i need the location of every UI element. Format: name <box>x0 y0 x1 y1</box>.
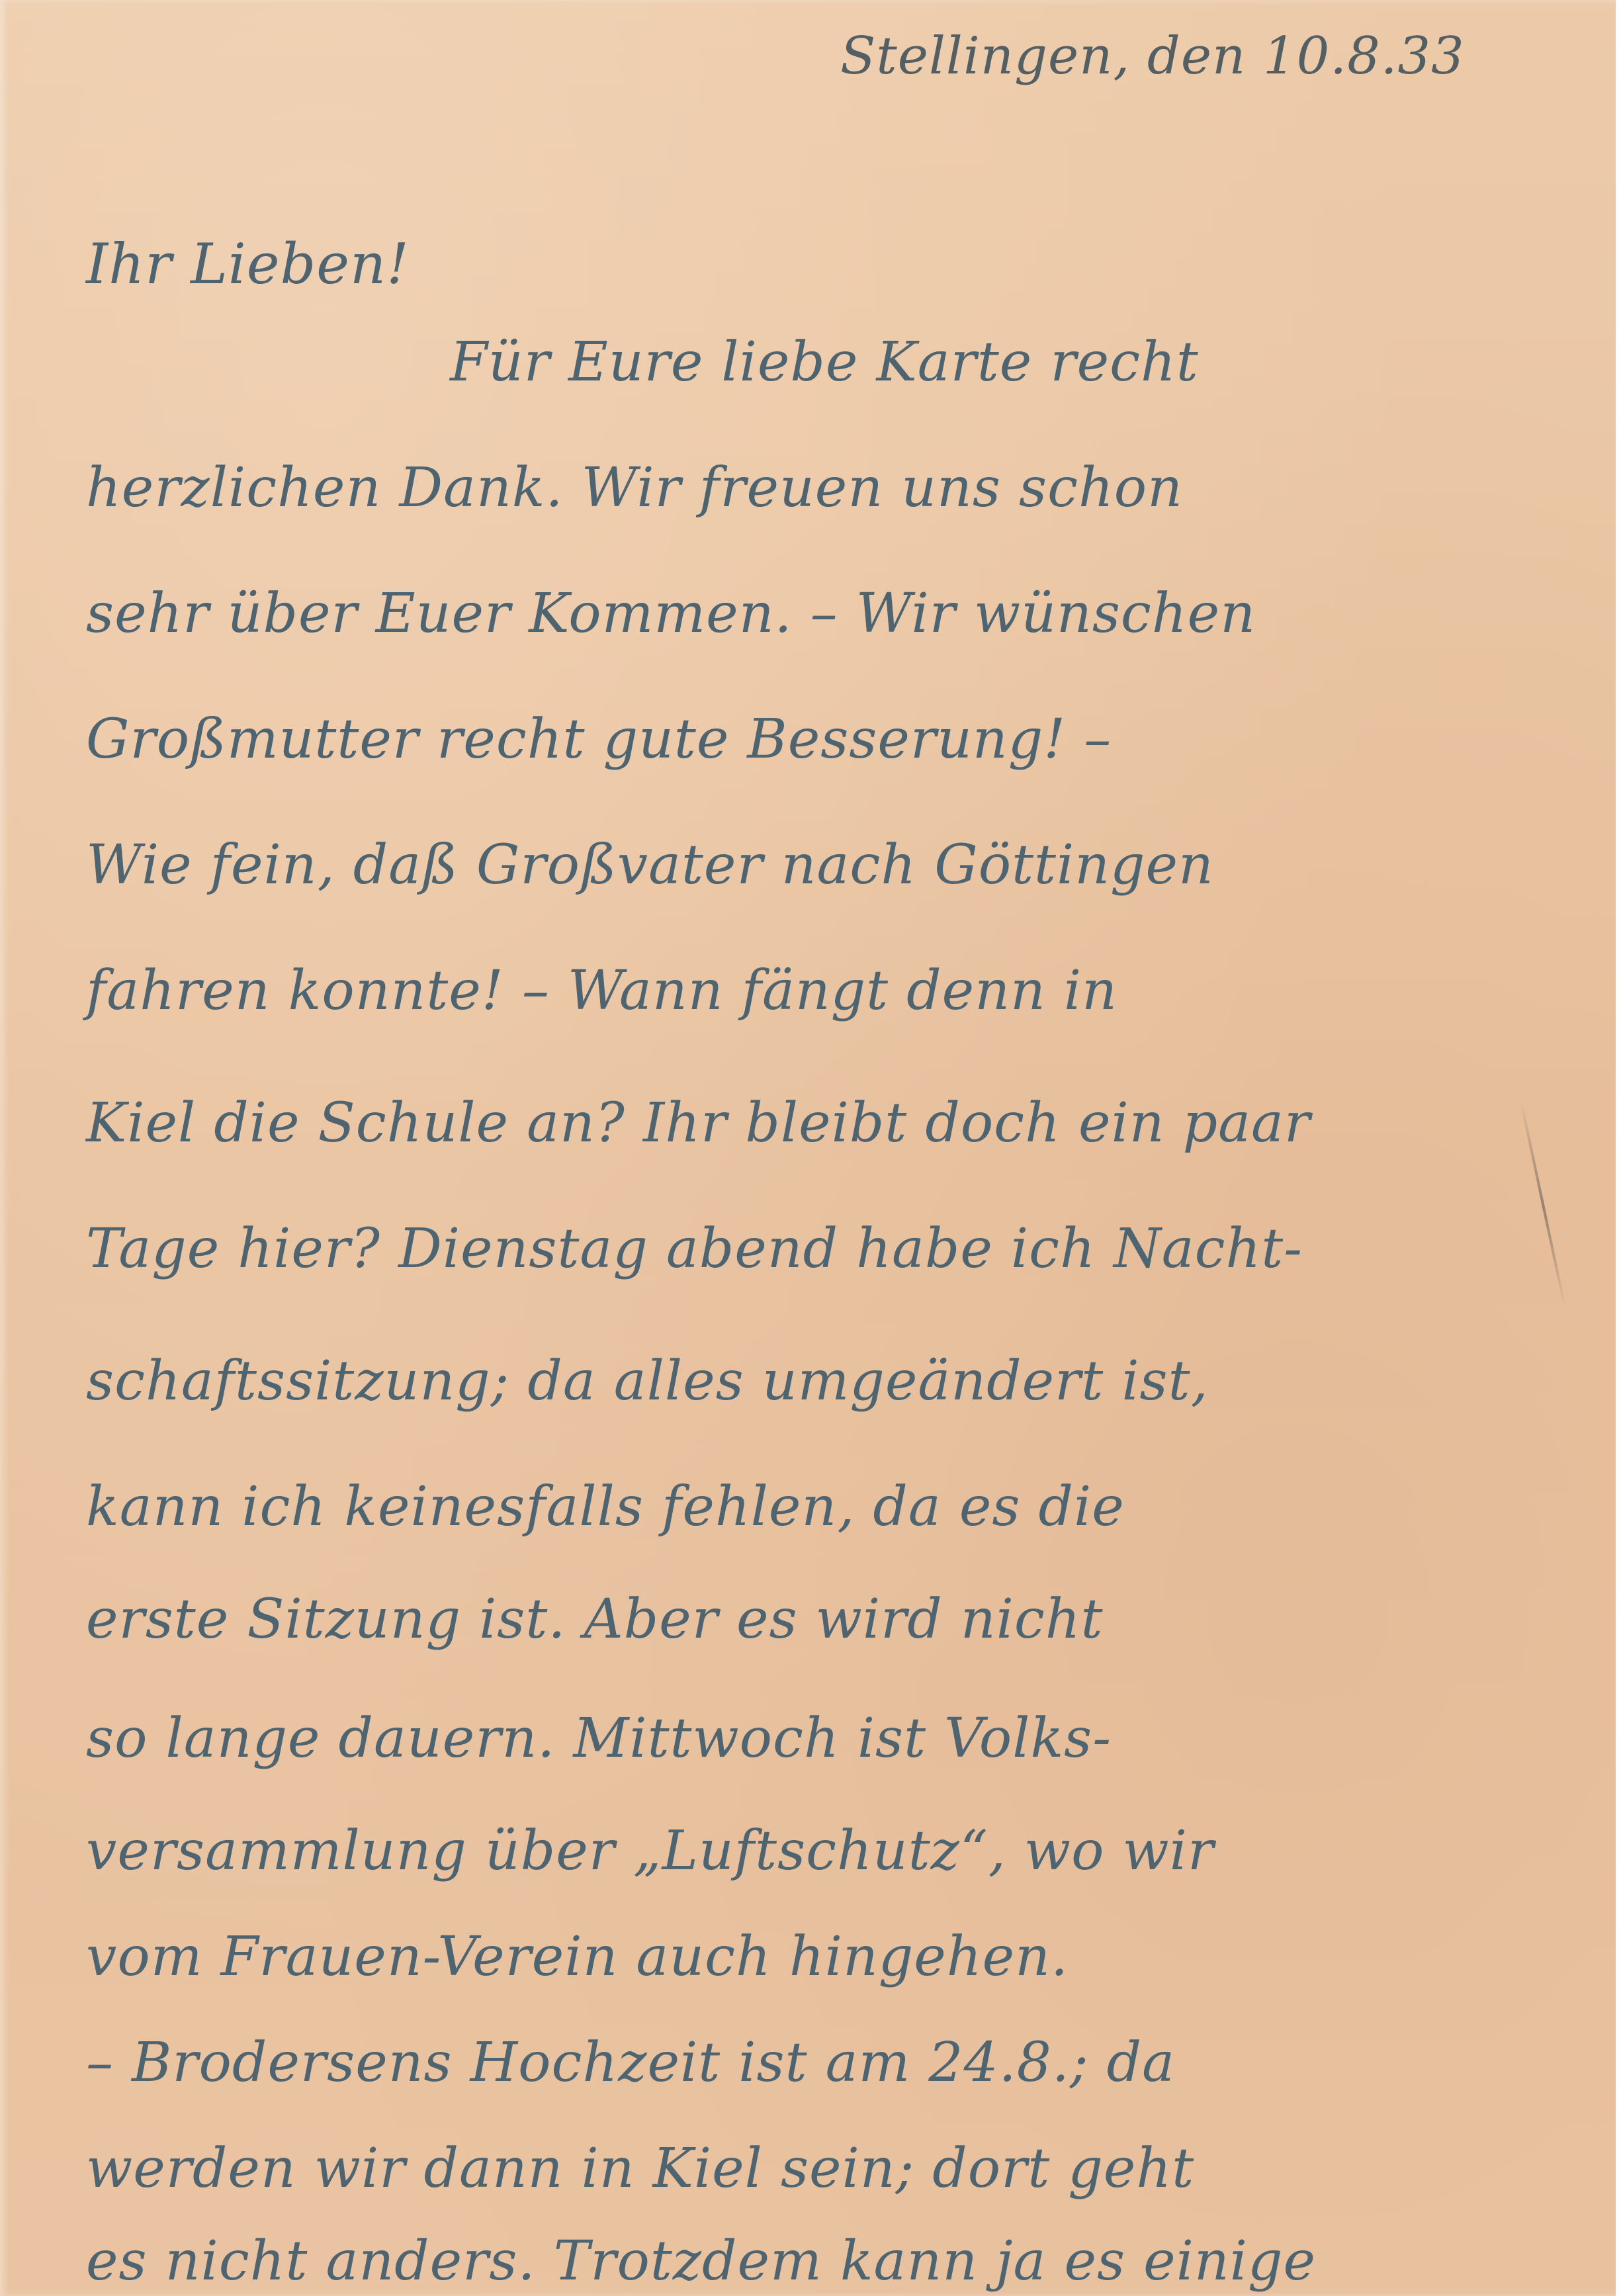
letter-line: Für Eure liebe Karte recht <box>450 331 1199 394</box>
letter-line: Kiel die Schule an? Ihr bleibt doch ein … <box>86 1092 1311 1155</box>
letter-line: vom Frauen-Verein auch hingehen. <box>86 1925 1069 1988</box>
letter-line: fahren konnte! – Wann fängt denn in <box>86 959 1117 1022</box>
ink-smudge <box>1520 1100 1566 1308</box>
scan-edge <box>1616 0 1621 2296</box>
letter-line: erste Sitzung ist. Aber es wird nicht <box>86 1588 1104 1651</box>
letter-line: herzlichen Dank. Wir freuen uns schon <box>86 457 1183 519</box>
letter-line: schaftssitzung; da alles umgeändert ist, <box>86 1350 1209 1413</box>
letter-line: Großmutter recht gute Besserung! – <box>86 708 1112 771</box>
salutation: Ihr Lieben! <box>86 232 410 296</box>
letter-page: Stellingen, den 10.8.33 Ihr Lieben! Für … <box>0 0 1621 2296</box>
letter-line: versammlung über „Luftschutz“, wo wir <box>86 1820 1214 1882</box>
letter-line: so lange dauern. Mittwoch ist Volks- <box>86 1707 1112 1770</box>
letter-line: Tage hier? Dienstag abend habe ich Nacht… <box>86 1217 1303 1280</box>
letter-line: sehr über Euer Kommen. – Wir wünschen <box>86 582 1256 645</box>
letter-line: Wie fein, daß Großvater nach Göttingen <box>86 834 1214 897</box>
place-date: Stellingen, den 10.8.33 <box>840 26 1465 86</box>
letter-line: – Brodersens Hochzeit ist am 24.8.; da <box>86 2031 1175 2094</box>
letter-line: kann ich keinesfalls fehlen, da es die <box>86 1476 1125 1538</box>
letter-line: es nicht anders. Trotzdem kann ja es ein… <box>86 2230 1316 2293</box>
letter-line: werden wir dann in Kiel sein; dort geht <box>86 2137 1194 2200</box>
